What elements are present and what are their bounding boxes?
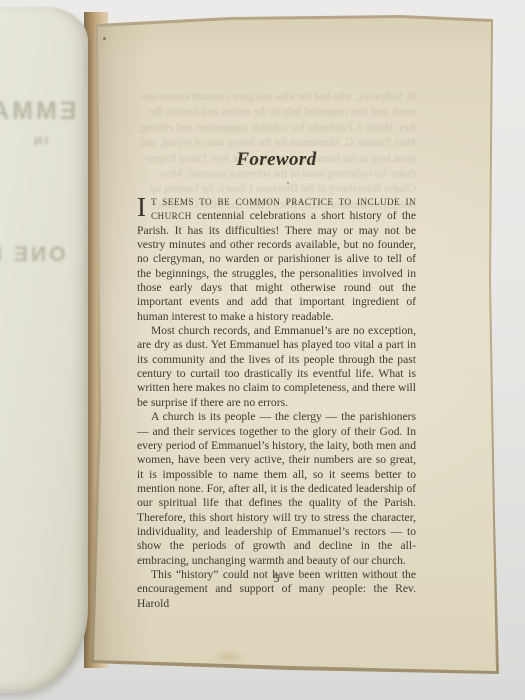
paper-stain [213, 650, 245, 664]
foreword-body-text: IT SEEMS TO BE COMMON PRACTICE TO INCLUD… [137, 195, 416, 611]
paragraph-1-text: centennial celebrations a short history … [137, 209, 416, 322]
paper-speck [103, 37, 106, 40]
book-photo: EMMAN IN ONE H B. Sedgwick, who had the … [0, 0, 525, 700]
paper-speck [287, 182, 289, 184]
foreword-page-content: B. Sedgwick, who had the idea and gave c… [0, 0, 525, 700]
page-number: 5 [137, 571, 416, 586]
paragraph-2: Most church records, and Emmanuel’s are … [137, 324, 416, 410]
paragraph-3: A church is its people — the clergy — th… [137, 410, 416, 568]
page-title-foreword: Foreword [137, 149, 416, 171]
paragraph-1: IT SEEMS TO BE COMMON PRACTICE TO INCLUD… [137, 195, 416, 324]
verso-line: B. Sedgwick, who had the idea and gave c… [137, 90, 416, 105]
dropcap-letter: I [137, 195, 151, 218]
verso-line: Rev. Hollis J. Fairbanks for valuable su… [137, 121, 416, 136]
verso-line: ment, and also requested help in the est… [137, 105, 416, 120]
